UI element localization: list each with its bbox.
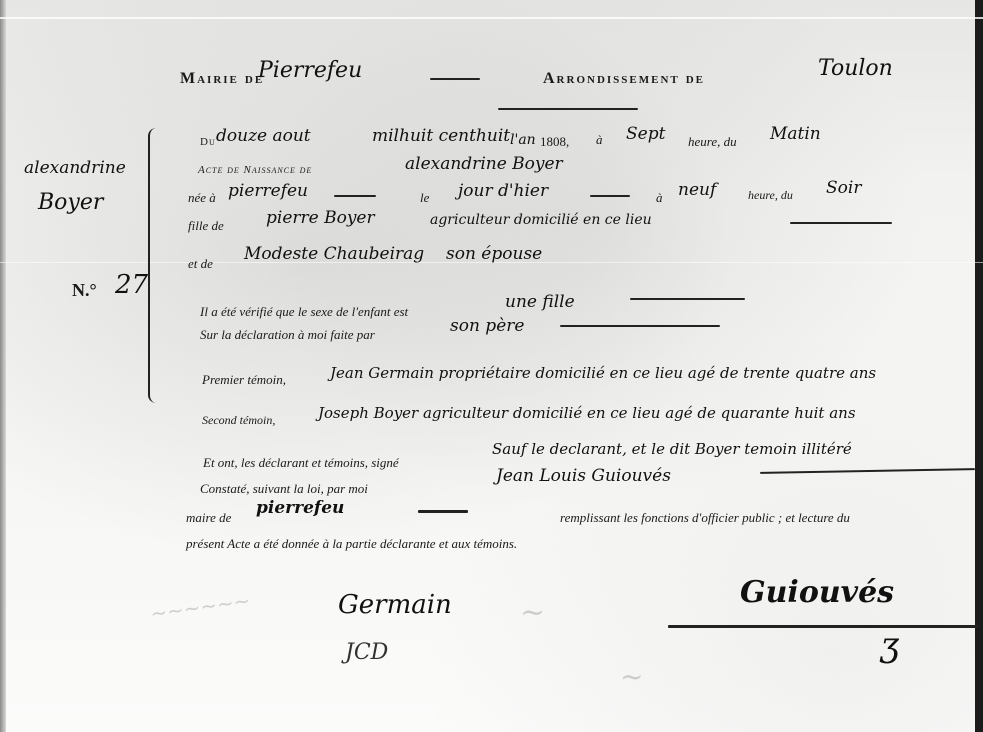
bleed-through-text: ~~~~~~ xyxy=(149,588,252,626)
witness1-label: Premier témoin, xyxy=(202,372,286,388)
birth-period: Soir xyxy=(826,178,861,198)
maire-label: maire de xyxy=(186,510,231,526)
birth-date-value: jour d'hier xyxy=(458,181,548,201)
registration-period: Matin xyxy=(770,124,821,144)
scan-edge-right xyxy=(975,0,983,732)
bleed-through-text: ~ xyxy=(520,595,545,630)
date-day: douze aout xyxy=(216,126,311,146)
declarant-value: son père xyxy=(450,316,524,336)
constate-label: Constaté, suivant la loi, par moi xyxy=(200,481,368,497)
sex-label: Il a été vérifié que le sexe de l'enfant… xyxy=(200,304,408,320)
father-label: fille de xyxy=(188,218,224,234)
year: 1808, xyxy=(540,134,569,150)
father-line-dash xyxy=(790,222,892,224)
arrondissement-label: Arrondissement de xyxy=(543,70,705,88)
hour-label-1: heure, du xyxy=(688,134,737,150)
birth-date-dash xyxy=(590,195,630,197)
date-prefix: Du xyxy=(200,136,216,148)
date-year-words: milhuit centhuit xyxy=(372,126,510,146)
father-name: pierre Boyer xyxy=(266,208,375,228)
mairie-label: Mairie de xyxy=(180,70,264,88)
scan-fold-top xyxy=(0,17,983,19)
mother-label: et de xyxy=(188,256,213,272)
birth-hour: neuf xyxy=(678,180,716,200)
acte-naissance-label: Acte de Naissance de xyxy=(198,164,312,176)
sex-value: une fille xyxy=(505,292,575,312)
act-number-value: 27 xyxy=(115,270,148,300)
hour-label-2: heure, du xyxy=(748,188,793,203)
act-number-label: N.° xyxy=(72,280,97,301)
registration-hour: Sept xyxy=(626,124,665,144)
declarant-line-dash xyxy=(560,325,720,327)
officer-name: Jean Louis Guiouvés xyxy=(496,466,671,486)
mairie-value: Pierrefeu xyxy=(258,58,362,83)
witness1-value: Jean Germain propriétaire domicilié en c… xyxy=(330,364,876,382)
scanned-birth-certificate: Mairie de Pierrefeu Arrondissement de To… xyxy=(0,0,983,732)
birthplace-value: pierrefeu xyxy=(228,181,308,201)
sex-line-dash xyxy=(630,298,745,300)
signature-flourish: ʒ xyxy=(880,625,899,665)
witness2-label: Second témoin, xyxy=(202,413,275,428)
officer-line-dash xyxy=(760,468,975,474)
header-underline xyxy=(498,108,638,110)
witness2-value: Joseph Boyer agriculteur domicilié en ce… xyxy=(318,404,856,422)
father-detail: agriculteur domicilié en ce lieu xyxy=(430,212,652,228)
officer-signature: Guiouvés xyxy=(740,575,894,610)
margin-last-name: Boyer xyxy=(38,190,103,215)
bleed-through-text: ~ xyxy=(620,660,643,693)
birth-date-label: le xyxy=(420,190,429,206)
maire-dash xyxy=(418,510,468,513)
signed-label: Et ont, les déclarant et témoins, signé xyxy=(203,455,399,471)
birthplace-dash xyxy=(334,195,376,197)
arrondissement-value: Toulon xyxy=(818,56,893,81)
maire-value: pierrefeu xyxy=(256,498,344,518)
declarant-label: Sur la déclaration à moi faite par xyxy=(200,327,375,343)
birthplace-label: née à xyxy=(188,190,216,206)
mother-detail: son épouse xyxy=(446,244,542,264)
witness-mark: JCD xyxy=(345,640,388,665)
child-name: alexandrine Boyer xyxy=(405,154,563,174)
year-prefix: l'an xyxy=(510,132,536,148)
line1-at: à xyxy=(596,132,603,148)
signed-value: Sauf le declarant, et le dit Boyer temoi… xyxy=(492,440,852,458)
signature-flourish-line xyxy=(668,625,978,628)
scan-edge-left xyxy=(0,0,6,732)
closing-line: présent Acte a été donnée à la partie dé… xyxy=(186,536,517,552)
margin-first-name: alexandrine xyxy=(24,158,126,178)
line3-at: à xyxy=(656,190,663,206)
maire-suffix: remplissant les fonctions d'officier pub… xyxy=(560,510,850,526)
mother-name: Modeste Chaubeirag xyxy=(244,244,424,264)
witness-signature: Germain xyxy=(338,590,452,620)
left-brace xyxy=(148,128,156,403)
header-dash xyxy=(430,78,480,80)
